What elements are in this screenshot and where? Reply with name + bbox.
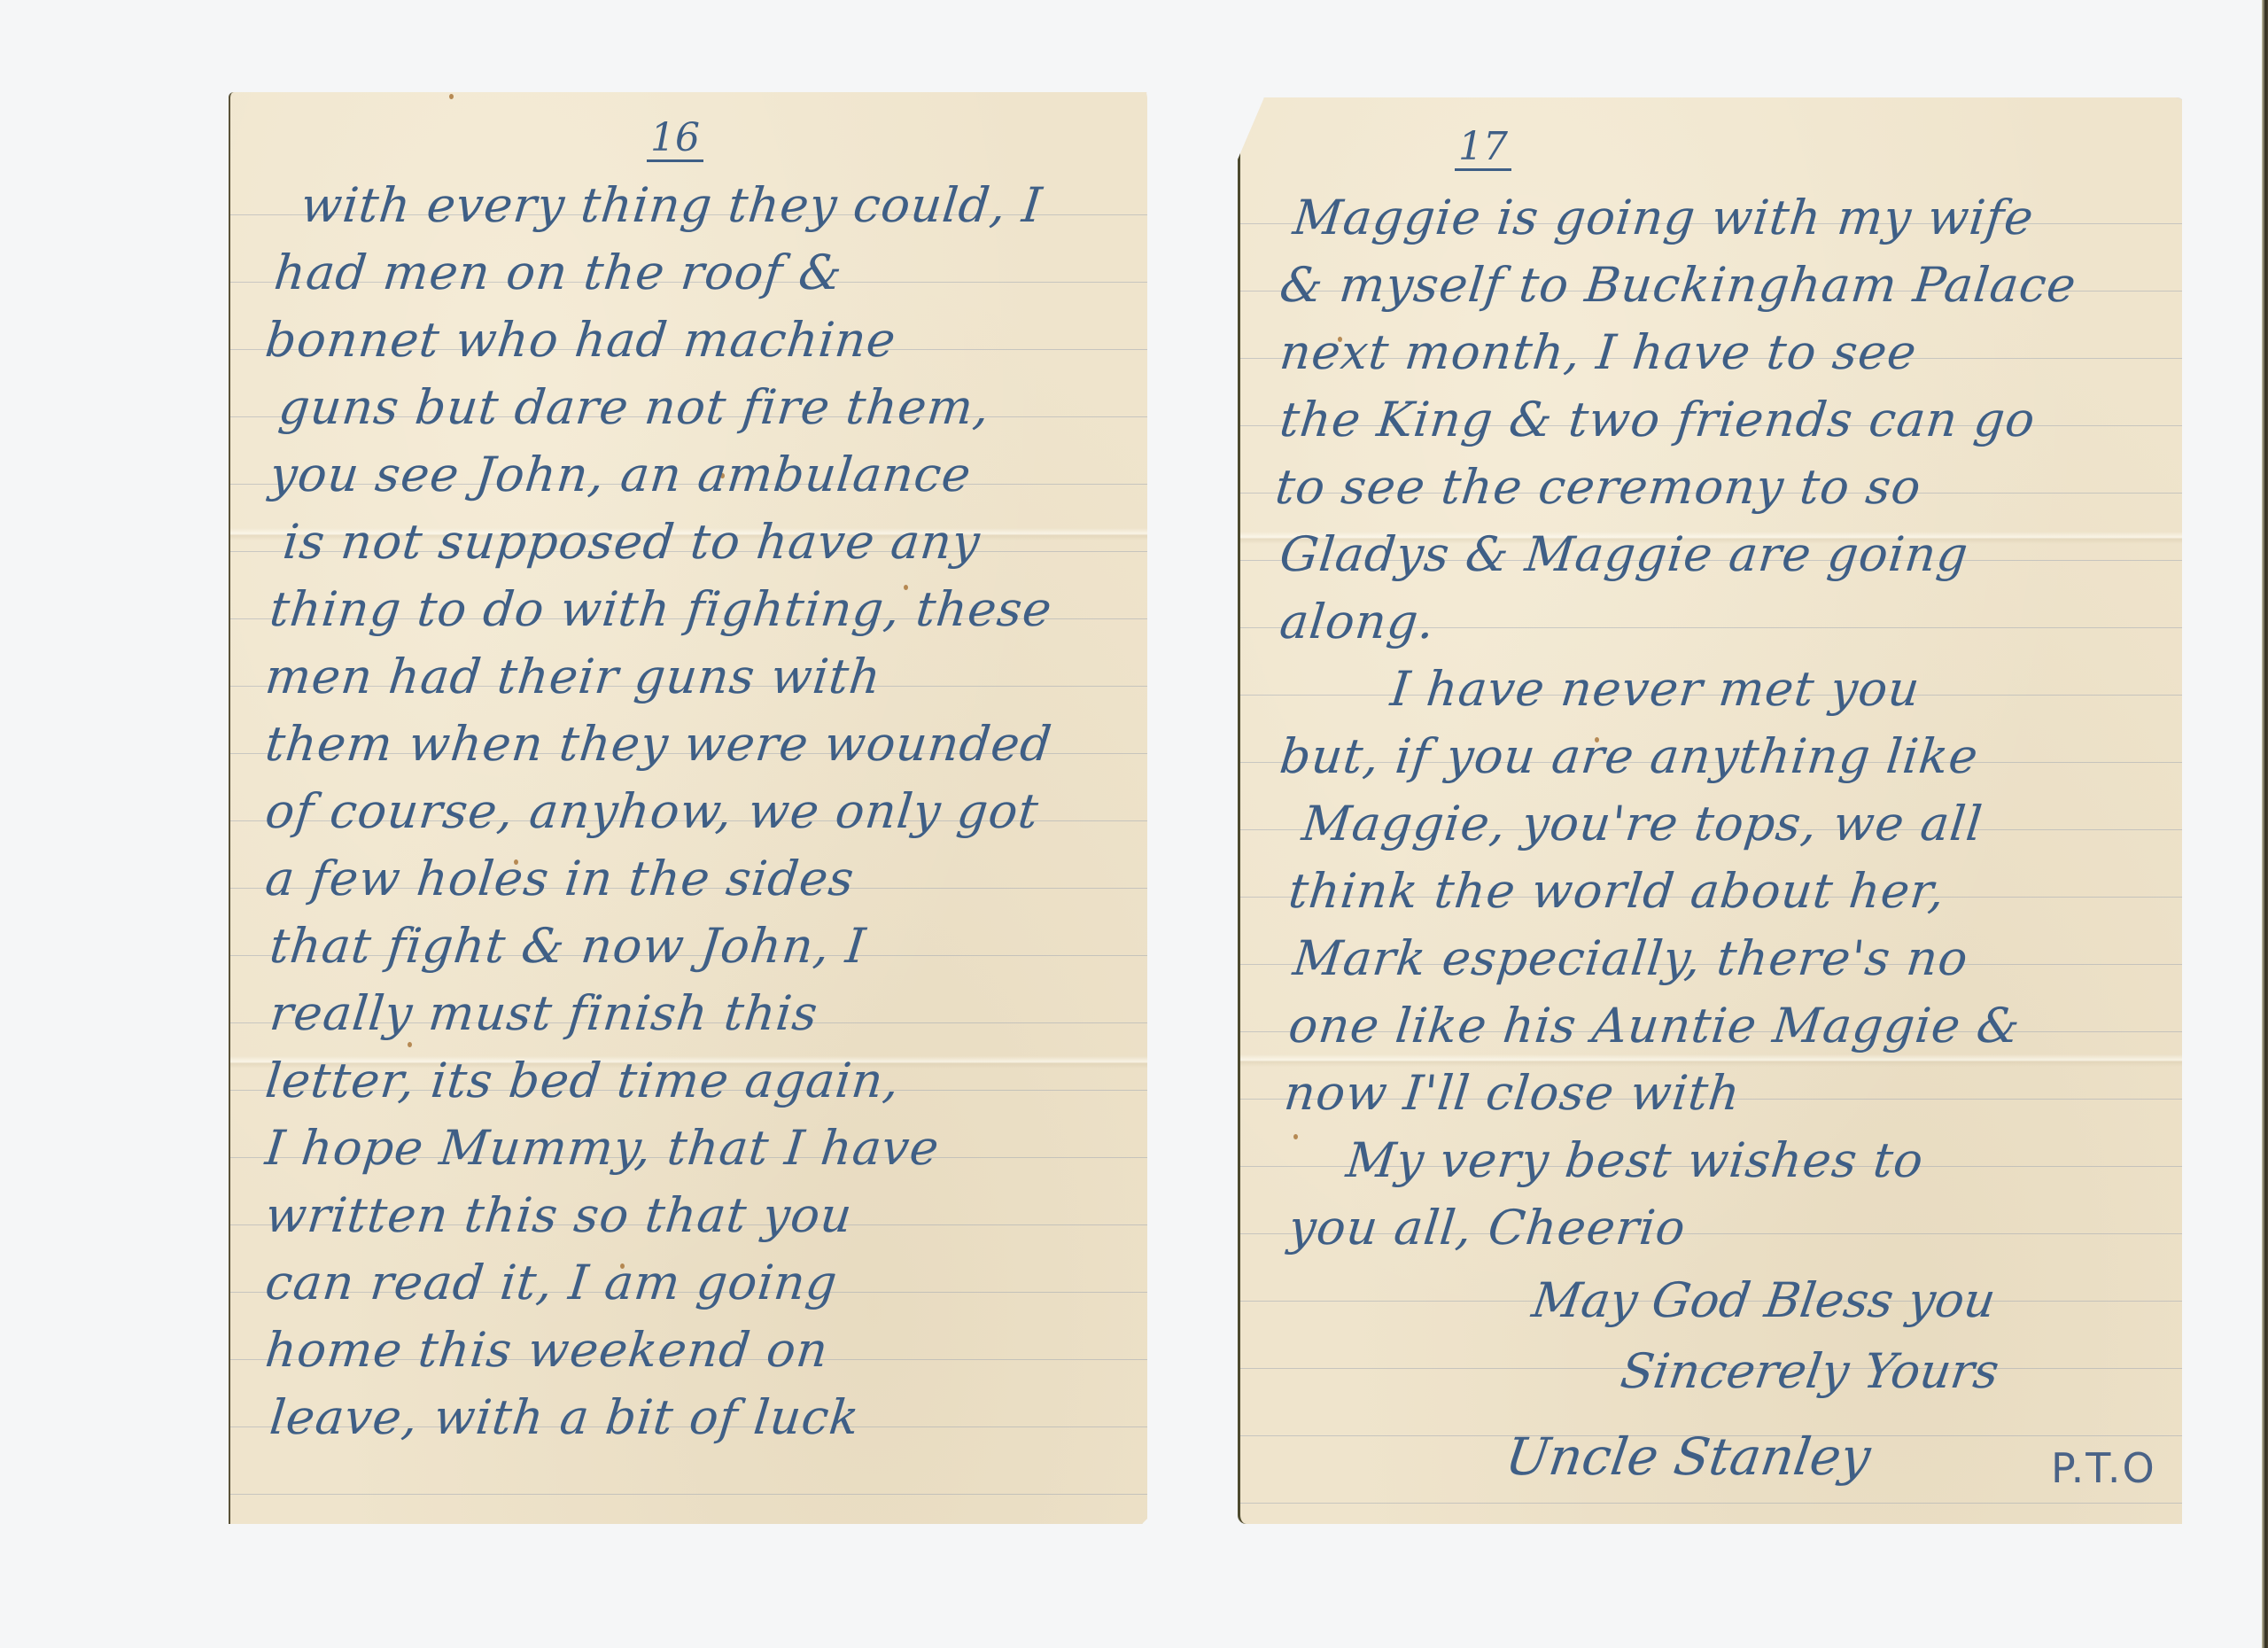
foxing-spot [449, 94, 454, 99]
letter-line: I hope Mummy, that I have [263, 1120, 943, 1176]
letter-line: is not supposed to have any [281, 514, 983, 570]
letter-line: with every thing they could, I [299, 177, 1045, 233]
scanner-bed-edge [2262, 0, 2268, 1648]
letter-line: letter, its bed time again, [263, 1053, 903, 1108]
foxing-spot [408, 1042, 412, 1047]
letter-line: & myself to Buckingham Palace [1278, 257, 2079, 313]
letter-line: guns but dare not fire them, [276, 379, 993, 435]
letter-line: bonnet who had machine [263, 312, 899, 368]
letter-line: My very best wishes to [1344, 1132, 1927, 1188]
blessing-line: May God Bless you [1529, 1272, 2000, 1328]
letter-line: now I'll close with [1282, 1065, 1744, 1121]
ruled-line [230, 1494, 1149, 1495]
letter-line: can read it, I am going [263, 1255, 841, 1310]
signature: Uncle Stanley [1502, 1426, 1874, 1487]
letter-line: one like his Auntie Maggie & [1286, 998, 2023, 1053]
letter-line: men had their guns with [263, 649, 884, 704]
letter-line: next month, I have to see [1278, 324, 1920, 380]
letter-line: think the world about her, [1286, 863, 1948, 919]
foxing-spot [1293, 1134, 1298, 1139]
letter-line: but, if you are anything like [1278, 728, 1981, 784]
letter-line: you all, Cheerio [1286, 1200, 1689, 1255]
letter-line: you see John, an ambulance [268, 447, 975, 502]
letter-line: to see the ceremony to so [1273, 459, 1924, 515]
letter-line: Maggie, you're tops, we all [1300, 796, 1985, 851]
letter-page-16: 16 with every thing they could, I had me… [229, 92, 1149, 1524]
letter-line: Maggie is going with my wife [1291, 190, 2037, 245]
letter-line: the King & two friends can go [1278, 392, 2039, 447]
letter-line: thing to do with fighting, these [268, 581, 1055, 637]
page-number: 17 [1455, 128, 1511, 171]
letter-line: that fight & now John, I [268, 918, 869, 974]
letter-line: I have never met you [1388, 661, 1923, 717]
letter-line: Mark especially, there's no [1291, 930, 1971, 986]
page-number: 16 [647, 119, 703, 162]
letter-line: along. [1278, 594, 1438, 649]
letter-line: Gladys & Maggie are going [1278, 526, 1971, 582]
letter-line: home this weekend on [263, 1322, 831, 1378]
ruled-line [1240, 1503, 2185, 1504]
pto-note: P.T.O [2051, 1444, 2156, 1492]
letter-line: written this so that you [263, 1187, 856, 1243]
letter-line: a few holes in the sides [263, 851, 858, 906]
closing-line: Sincerely Yours [1618, 1343, 2003, 1399]
letter-line: really must finish this [268, 985, 821, 1041]
letter-line: of course, anyhow, we only got [263, 783, 1042, 839]
letter-line: leave, with a bit of luck [268, 1389, 863, 1445]
letter-line: had men on the roof & [272, 245, 846, 300]
letter-page-17: 17 Maggie is going with my wife & myself… [1238, 97, 2185, 1524]
letter-line: them when they were wounded [263, 716, 1055, 772]
